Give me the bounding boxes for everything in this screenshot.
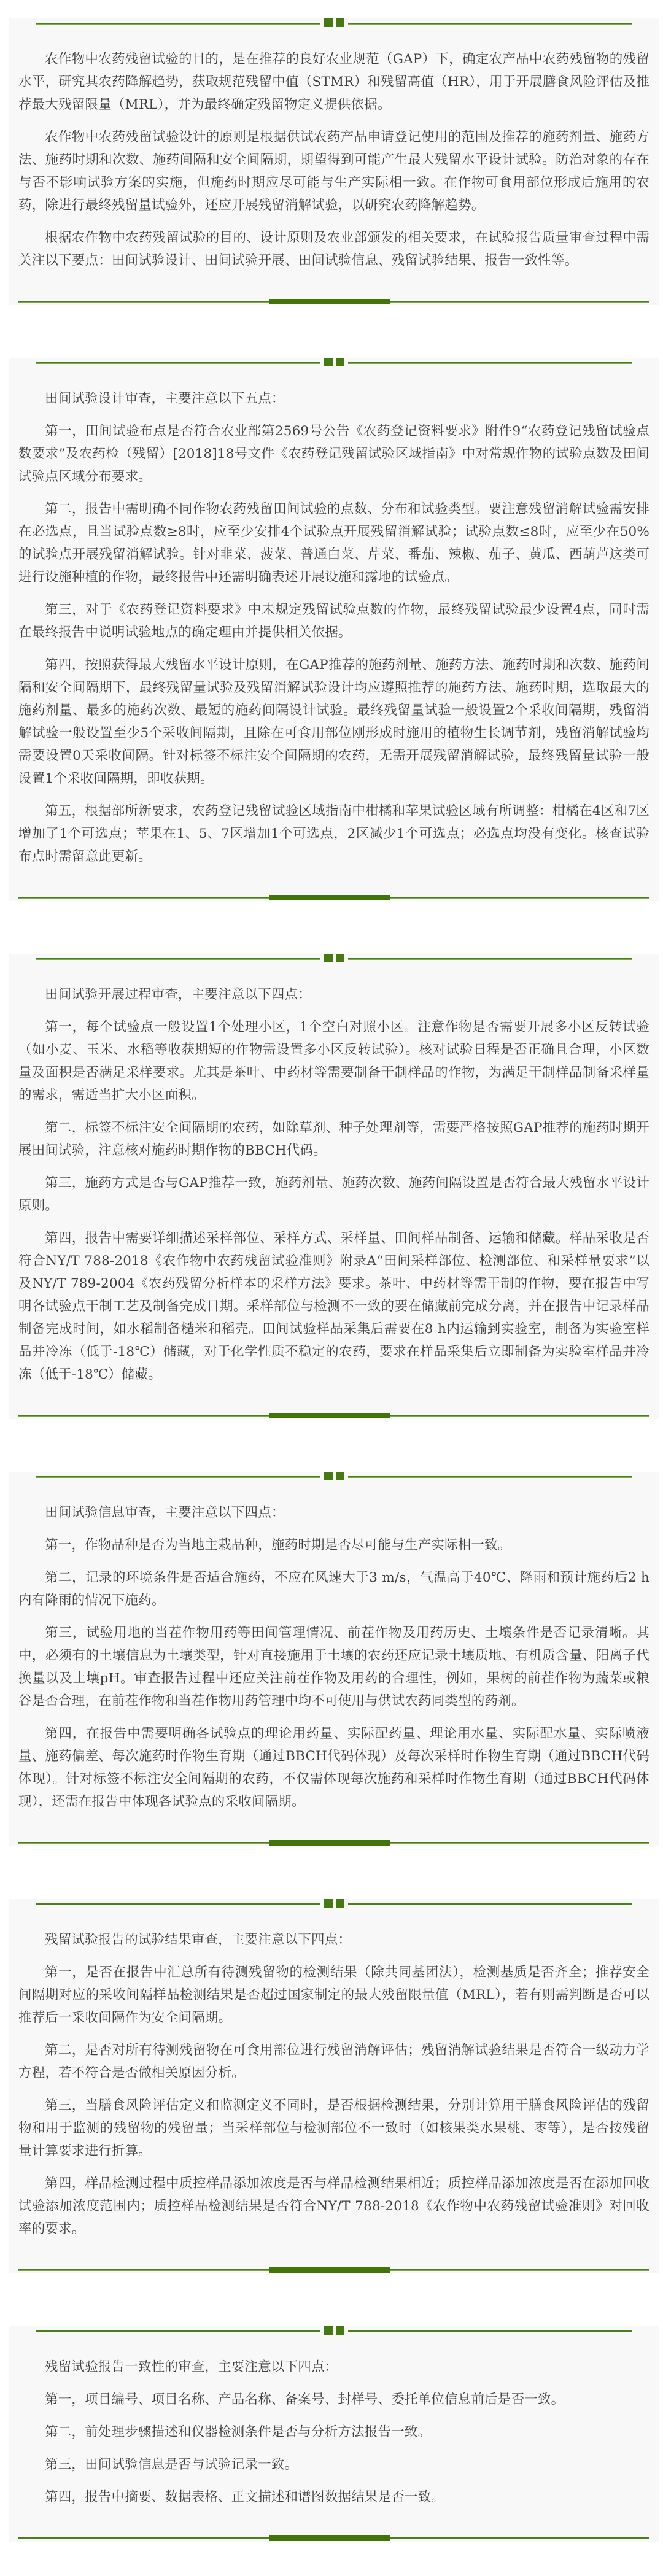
divider-square-icon	[336, 2326, 344, 2335]
divider-square-icon	[336, 1472, 344, 1480]
divider-square-icon	[324, 2326, 333, 2335]
article-page: 农作物中农药残留试验的目的，是在推荐的良好农业规范（GAP）下，确定农产品中农药…	[0, 0, 663, 2576]
divider-line	[36, 23, 320, 25]
divider-square-icon	[336, 954, 344, 962]
divider-bar	[269, 895, 390, 900]
divider-line	[36, 958, 320, 960]
paragraph: 第四，样品检测过程中质控样品添加浓度是否与样品检测结果相近；质控样品添加浓度是否…	[18, 2172, 649, 2240]
top-divider	[36, 1472, 632, 1484]
paragraph: 第二，是否对所有待测残留物在可食用部位进行残留消解评估；残留消解试验结果是否符合…	[18, 2039, 649, 2084]
bottom-divider	[18, 1413, 649, 1419]
section-card-field-trial-process: 田间试验开展过程审查，主要注意以下四点： 第一，每个试验点一般设置1个处理小区，…	[9, 954, 659, 1419]
top-divider	[36, 18, 632, 31]
divider-line	[36, 2330, 320, 2332]
divider-square-icon	[336, 18, 344, 27]
divider-line	[348, 23, 632, 25]
paragraph: 第一，作物品种是否为当地主栽品种，施药时期是否尽可能与生产实际相一致。	[18, 1534, 649, 1557]
divider-square-icon	[324, 954, 333, 962]
divider-line	[348, 1476, 632, 1478]
paragraph: 第三，当膳食风险评估定义和监测定义不同时，是否根据检测结果，分别计算用于膳食风险…	[18, 2094, 649, 2162]
section-card-trial-results: 残留试验报告的试验结果审查，主要注意以下四点： 第一，是否在报告中汇总所有待测残…	[9, 1899, 659, 2273]
divider-line	[348, 958, 632, 960]
paragraph: 第五，根据部所新要求，农药登记残留试验区域指南中柑橘和苹果试验区域有所调整：柑橘…	[18, 800, 649, 868]
bottom-divider	[18, 895, 649, 901]
paragraph: 第三，试验用地的当茬作物用药等田间管理情况、前茬作物及用药历史、土壤条件是否记录…	[18, 1622, 649, 1712]
divider-line	[348, 362, 632, 364]
section-lead: 残留试验报告的试验结果审查，主要注意以下四点：	[18, 1928, 649, 1951]
divider-line	[36, 1903, 320, 1905]
paragraph: 第一，项目编号、项目名称、产品名称、备案号、封样号、委托单位信息前后是否一致。	[18, 2388, 649, 2411]
divider-line	[36, 1476, 320, 1478]
divider-square-icon	[336, 1899, 344, 1908]
section-lead: 残留试验报告一致性的审查，主要注意以下四点：	[18, 2356, 649, 2378]
section-lead: 田间试验信息审查，主要注意以下四点：	[18, 1501, 649, 1524]
section-card-field-trial-design: 田间试验设计审查，主要注意以下五点： 第一，田间试验布点是否符合农业部第2569…	[9, 358, 659, 901]
paragraph: 第一，田间试验布点是否符合农业部第2569号公告《农药登记资料要求》附件9“农药…	[18, 420, 649, 488]
paragraph: 第二，记录的环境条件是否适合施药，不应在风速大于3 m/s，气温高于40℃、降雨…	[18, 1566, 649, 1612]
paragraph: 第二，报告中需明确不同作物农药残留田间试验的点数、分布和试验类型。要注意残留消解…	[18, 498, 649, 589]
divider-line	[348, 1903, 632, 1905]
paragraph: 第四，在报告中需要明确各试验点的理论用药量、实际配药量、理论用水量、实际配水量、…	[18, 1722, 649, 1813]
section-card-report-consistency: 残留试验报告一致性的审查，主要注意以下四点： 第一，项目编号、项目名称、产品名称…	[9, 2326, 659, 2542]
divider-square-icon	[336, 358, 344, 366]
divider-bar	[269, 2267, 390, 2273]
section-lead: 田间试验开展过程审查，主要注意以下四点：	[18, 983, 649, 1006]
bottom-divider	[18, 2267, 649, 2273]
top-divider	[36, 1899, 632, 1911]
divider-square-icon	[324, 358, 333, 366]
divider-line	[348, 2330, 632, 2332]
paragraph: 第三，田间试验信息是否与试验记录一致。	[18, 2453, 649, 2476]
paragraph: 第三，对于《农药登记资料要求》中未规定残留试验点数的作物，最终残留试验最少设置4…	[18, 598, 649, 644]
section-lead: 田间试验设计审查，主要注意以下五点：	[18, 387, 649, 410]
paragraph: 第一，是否在报告中汇总所有待测残留物的检测结果（除共同基团法），检测基质是否齐全…	[18, 1961, 649, 2029]
divider-bar	[269, 1840, 390, 1846]
paragraph: 第四，按照获得最大残留水平设计原则，在GAP推荐的施药剂量、施药方法、施药时期和…	[18, 654, 649, 790]
section-card-introduction: 农作物中农药残留试验的目的，是在推荐的良好农业规范（GAP）下，确定农产品中农药…	[9, 18, 659, 305]
top-divider	[36, 954, 632, 966]
bottom-divider	[18, 1840, 649, 1846]
divider-bar	[269, 1413, 390, 1418]
divider-square-icon	[324, 18, 333, 27]
paragraph: 第四，报告中需要详细描述采样部位、采样方式、采样量、田间样品制备、运输和储藏。样…	[18, 1227, 649, 1386]
top-divider	[36, 358, 632, 370]
paragraph: 第一，每个试验点一般设置1个处理小区，1个空白对照小区。注意作物是否需要开展多小…	[18, 1016, 649, 1107]
paragraph: 第三，施药方式是否与GAP推荐一致，施药剂量、施药次数、施药间隔设置是否符合最大…	[18, 1172, 649, 1217]
paragraph: 第二，前处理步骤描述和仪器检测条件是否与分析方法报告一致。	[18, 2421, 649, 2443]
section-card-field-trial-info: 田间试验信息审查，主要注意以下四点： 第一，作物品种是否为当地主栽品种，施药时期…	[9, 1472, 659, 1846]
bottom-divider	[18, 299, 649, 305]
paragraph: 第二，标签不标注安全间隔期的农药，如除草剂、种子处理剂等，需要严格按照GAP推荐…	[18, 1116, 649, 1162]
bottom-divider	[18, 2535, 649, 2542]
paragraph: 农作物中农药残留试验的目的，是在推荐的良好农业规范（GAP）下，确定农产品中农药…	[18, 48, 649, 116]
paragraph: 第四，报告中摘要、数据表格、正文描述和谱图数据结果是否一致。	[18, 2486, 649, 2508]
divider-square-icon	[324, 1472, 333, 1480]
divider-line	[36, 362, 320, 364]
divider-square-icon	[324, 1899, 333, 1908]
divider-bar	[269, 299, 390, 304]
top-divider	[36, 2326, 632, 2338]
paragraph: 农作物中农药残留试验设计的原则是根据供试农药产品申请登记使用的范围及推荐的施药剂…	[18, 126, 649, 217]
divider-bar	[269, 2535, 390, 2541]
paragraph: 根据农作物中农药残留试验的目的、设计原则及农业部颁发的相关要求，在试验报告质量审…	[18, 226, 649, 272]
